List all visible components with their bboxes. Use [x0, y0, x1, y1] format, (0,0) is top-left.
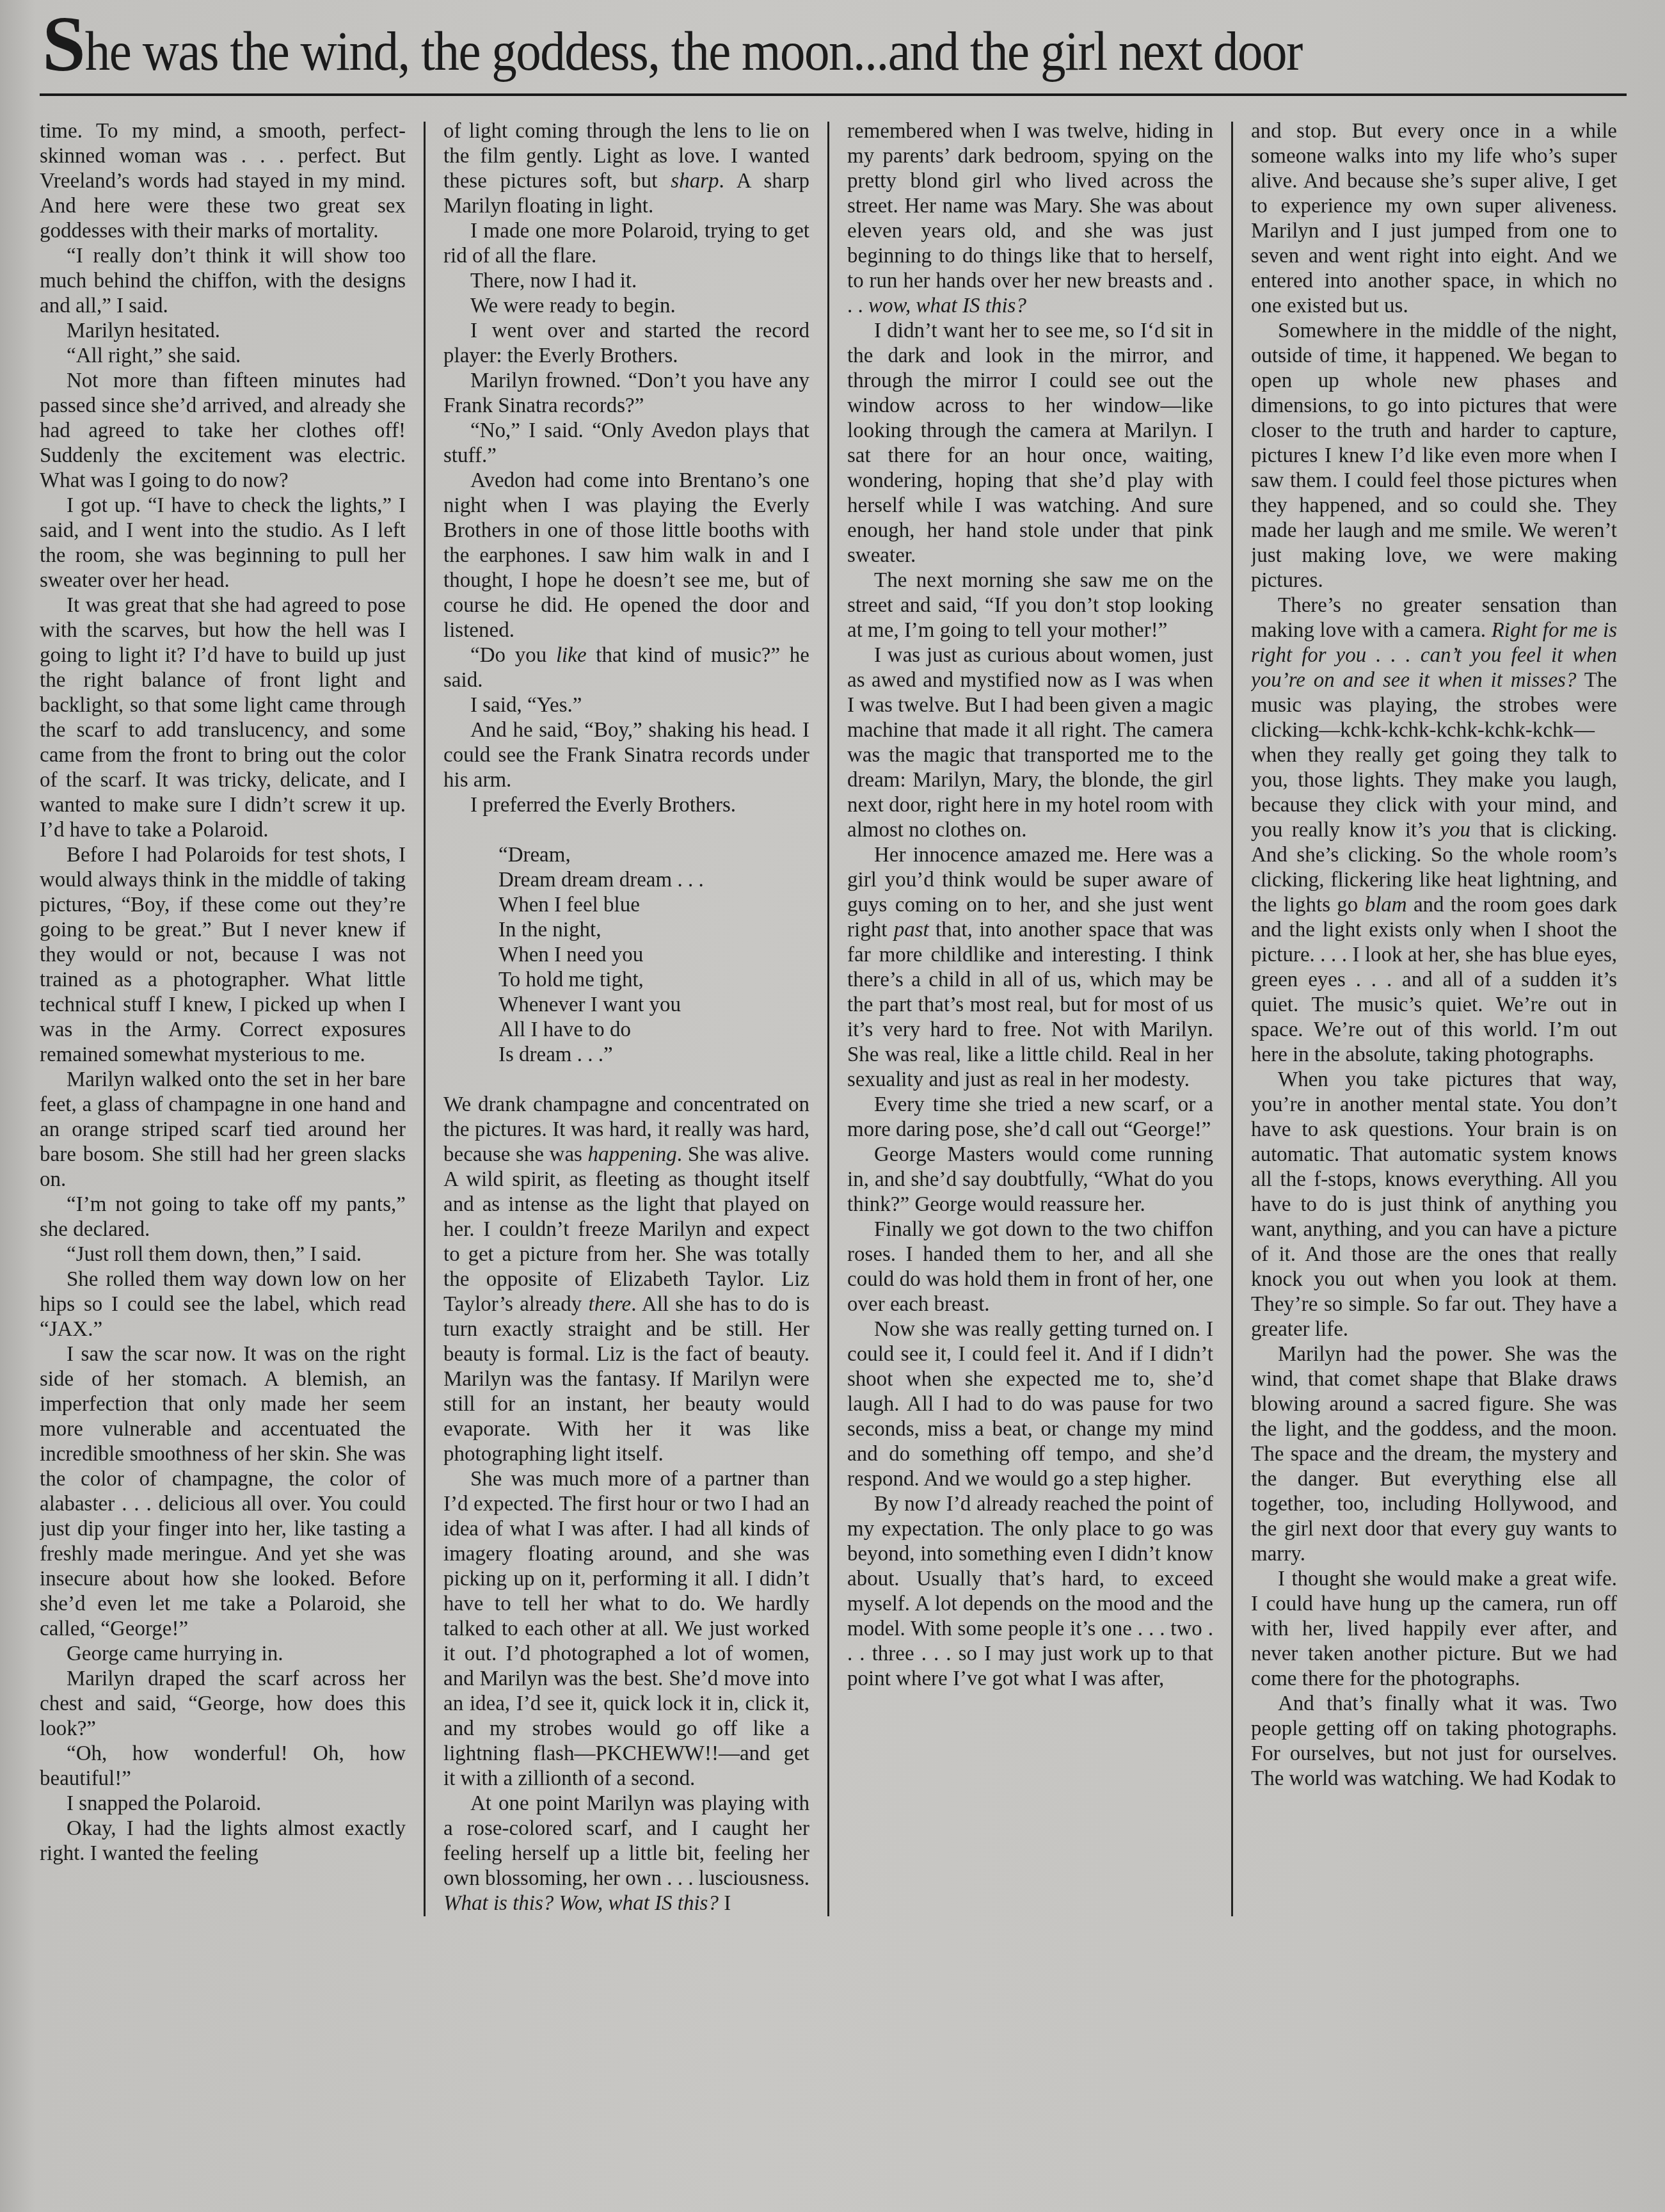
article-paragraph: I got up. “I have to check the lights,” … [40, 493, 406, 593]
article-paragraph: Every time she tried a new scarf, or a m… [847, 1093, 1213, 1142]
article-paragraph: We drank champagne and concentrated on t… [443, 1093, 809, 1467]
article-paragraph: Avedon had come into Brentano’s one nigh… [443, 469, 809, 643]
article-paragraph: I said, “Yes.” [443, 693, 809, 718]
article-paragraph: Marilyn draped the scarf across her ches… [40, 1667, 406, 1742]
article-paragraph: Now she was really getting turned on. I … [847, 1317, 1213, 1492]
article-paragraph: At one point Marilyn was playing with a … [443, 1791, 809, 1916]
article-paragraph: I saw the scar now. It was on the right … [40, 1342, 406, 1642]
headline-text: he was the wind, the goddess, the moon..… [85, 24, 1302, 79]
article-paragraph: Marilyn hesitated. [40, 319, 406, 344]
headline-rule [40, 93, 1627, 96]
article-paragraph: George came hurrying in. [40, 1642, 406, 1667]
article-paragraph: “Do you like that kind of music?” he sai… [443, 643, 809, 693]
article-body: time. To my mind, a smooth, perfect-skin… [40, 119, 1627, 1916]
article-paragraph: Marilyn frowned. “Don’t you have any Fra… [443, 369, 809, 419]
article-paragraph: “No,” I said. “Only Avedon plays that st… [443, 419, 809, 469]
article-paragraph: I snapped the Polaroid. [40, 1791, 406, 1816]
article-paragraph: Okay, I had the lights almost exactly ri… [40, 1816, 406, 1866]
article-paragraph: Her innocence amazed me. Here was a girl… [847, 843, 1213, 1093]
article-paragraph: George Masters would come running in, an… [847, 1142, 1213, 1217]
article-paragraph: Before I had Polaroids for test shots, I… [40, 843, 406, 1068]
article-paragraph: The next morning she saw me on the stree… [847, 568, 1213, 643]
article-paragraph: Somewhere in the middle of the night, ou… [1251, 319, 1617, 593]
text-column-4: and stop. But every once in a while some… [1251, 119, 1617, 1916]
article-paragraph: I thought she would make a great wife. I… [1251, 1567, 1617, 1692]
article-paragraph: of light coming through the lens to lie … [443, 119, 809, 219]
article-paragraph: I didn’t want her to see me, so I‘d sit … [847, 319, 1213, 568]
article-paragraph: And he said, “Boy,” shaking his head. I … [443, 718, 809, 793]
article-paragraph: When you take pictures that way, you’re … [1251, 1068, 1617, 1342]
article-paragraph: I was just as curious about women, just … [847, 643, 1213, 843]
column-rule [827, 122, 829, 1916]
song-lyrics-block: “Dream,Dream dream dream . . .When I fee… [443, 843, 809, 1068]
article-paragraph: She was much more of a partner than I’d … [443, 1467, 809, 1791]
article-paragraph: We were ready to begin. [443, 294, 809, 319]
article-paragraph: and stop. But every once in a while some… [1251, 119, 1617, 319]
article-paragraph: It was great that she had agreed to pose… [40, 593, 406, 843]
article-paragraph: I went over and started the record playe… [443, 319, 809, 369]
article-paragraph: There’s no greater sensation than making… [1251, 593, 1617, 1068]
article-paragraph: “All right,” she said. [40, 344, 406, 369]
article-paragraph: There, now I had it. [443, 269, 809, 294]
text-column-1: time. To my mind, a smooth, perfect-skin… [40, 119, 406, 1916]
article-paragraph: “Oh, how wonderful! Oh, how beautiful!” [40, 1742, 406, 1791]
article-paragraph: And that’s finally what it was. Two peop… [1251, 1692, 1617, 1791]
article-paragraph: By now I’d already reached the point of … [847, 1492, 1213, 1692]
article-paragraph: “I’m not going to take off my pants,” sh… [40, 1192, 406, 1242]
article-paragraph: I made one more Polaroid, trying to get … [443, 219, 809, 269]
article-paragraph: “I really don’t think it will show too m… [40, 244, 406, 319]
article-headline: She was the wind, the goddess, the moon.… [40, 17, 1627, 79]
article-paragraph: Marilyn walked onto the set in her bare … [40, 1068, 406, 1192]
article-paragraph: She rolled them way down low on her hips… [40, 1267, 406, 1342]
article-paragraph: I preferred the Everly Brothers. [443, 793, 809, 818]
text-column-3: remembered when I was twelve, hiding in … [847, 119, 1213, 1916]
article-paragraph: Finally we got down to the two chiffon r… [847, 1217, 1213, 1317]
article-paragraph: Not more than fifteen minutes had passed… [40, 369, 406, 493]
column-rule [1231, 122, 1233, 1916]
column-rule [424, 122, 426, 1916]
headline-dropcap: S [42, 17, 84, 73]
article-paragraph: “Just roll them down, then,” I said. [40, 1242, 406, 1267]
text-column-2: of light coming through the lens to lie … [443, 119, 809, 1916]
article-paragraph: remembered when I was twelve, hiding in … [847, 119, 1213, 319]
magazine-page: She was the wind, the goddess, the moon.… [0, 0, 1665, 2212]
article-paragraph: time. To my mind, a smooth, perfect-skin… [40, 119, 406, 244]
article-paragraph: Marilyn had the power. She was the wind,… [1251, 1342, 1617, 1567]
